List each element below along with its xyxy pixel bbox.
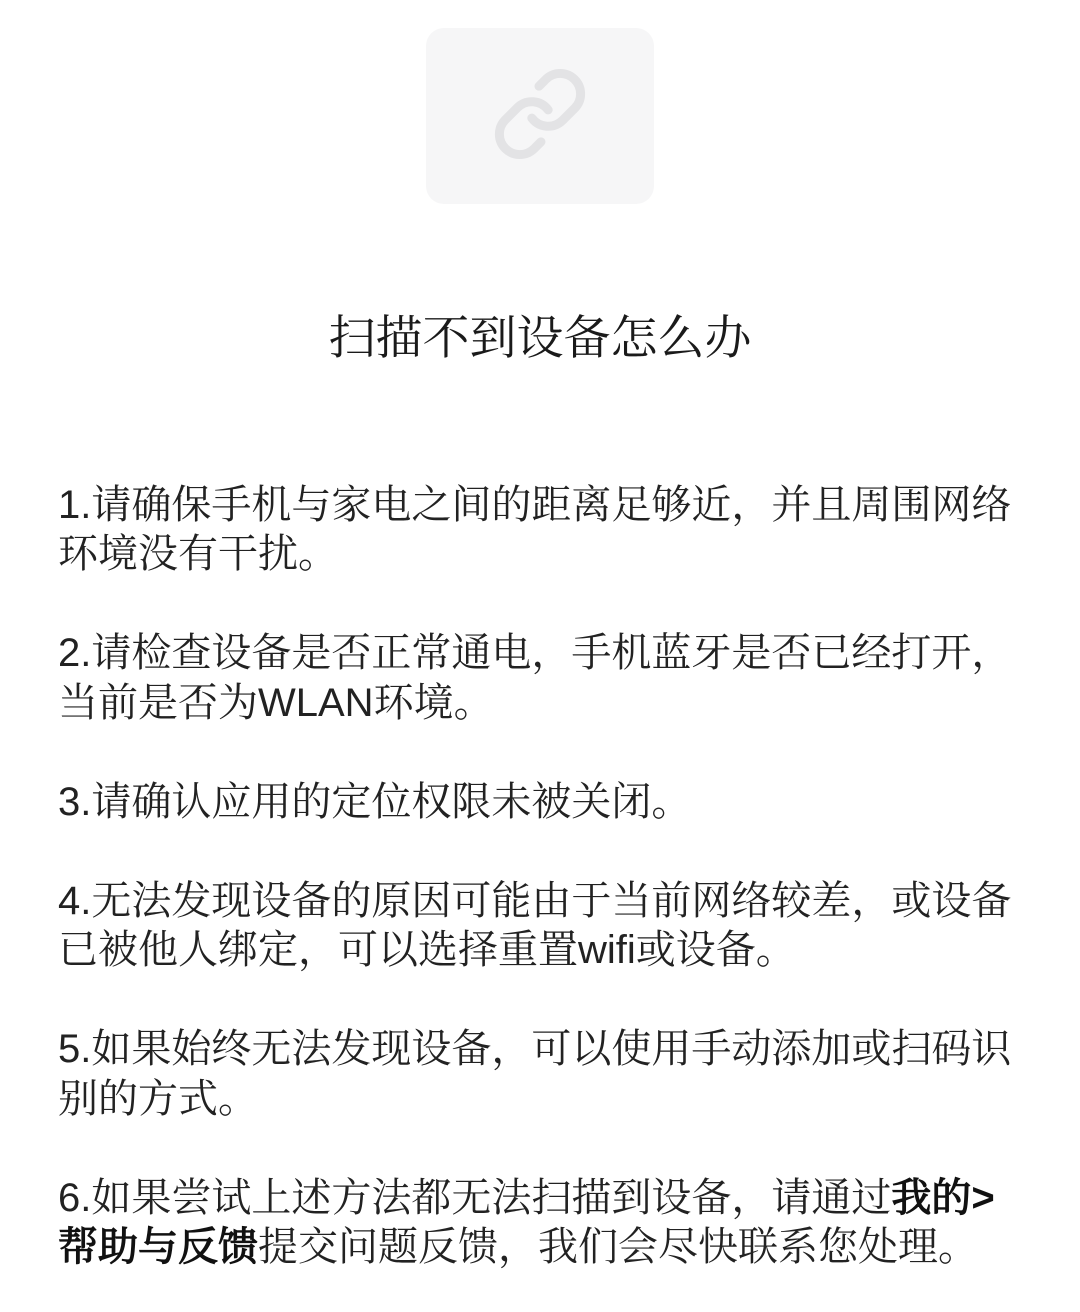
faq-item-6-text-pre: 6.如果尝试上述方法都无法扫描到设备，请通过 [58,1176,891,1220]
page-title: 扫描不到设备怎么办 [58,305,1022,371]
faq-item-6-text-post: 提交问题反馈，我们会尽快联系您处理。 [258,1225,978,1269]
help-page: 扫描不到设备怎么办 1.请确保手机与家电之间的距离足够近，并且周围网络环境没有干… [0,0,1080,1272]
faq-item-5: 5.如果始终无法发现设备，可以使用手动添加或扫码识别的方式。 [58,1025,1022,1123]
faq-item-1: 1.请确保手机与家电之间的距离足够近，并且周围网络环境没有干扰。 [58,481,1022,579]
faq-item-2: 2.请检查设备是否正常通电，手机蓝牙是否已经打开，当前是否为WLAN环境。 [58,629,1022,727]
faq-item-3: 3.请确认应用的定位权限未被关闭。 [58,778,1022,827]
link-icon [491,65,589,168]
faq-item-6: 6.如果尝试上述方法都无法扫描到设备，请通过我的>帮助与反馈提交问题反馈，我们会… [58,1174,1022,1272]
faq-item-4: 4.无法发现设备的原因可能由于当前网络较差，或设备已被他人绑定，可以选择重置wi… [58,877,1022,975]
faq-content: 1.请确保手机与家电之间的距离足够近，并且周围网络环境没有干扰。 2.请检查设备… [58,481,1022,1272]
link-icon-card [426,28,654,204]
